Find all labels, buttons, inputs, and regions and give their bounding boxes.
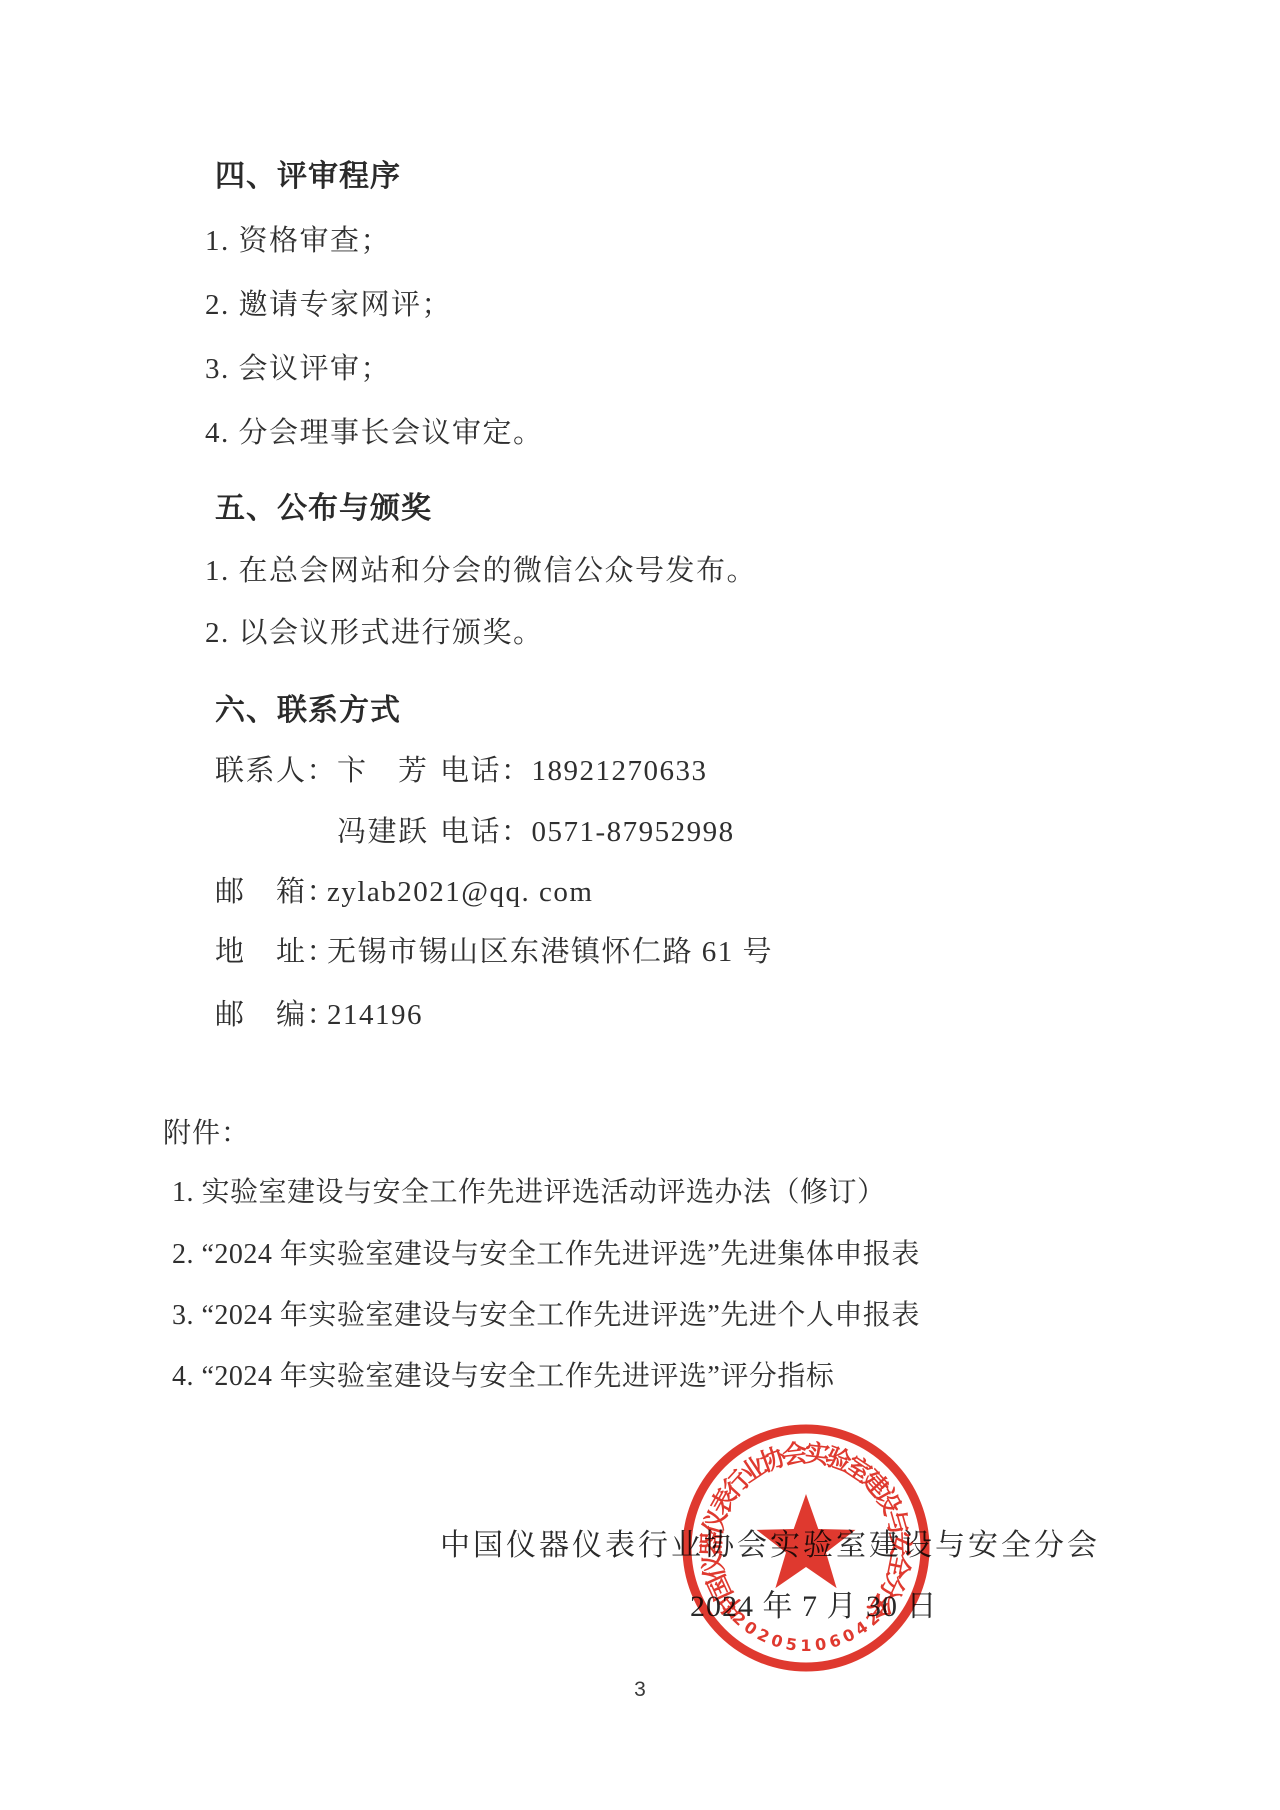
seal-star-icon xyxy=(757,1494,856,1588)
review-item-3: 3. 会议评审； xyxy=(205,350,391,388)
section-contact-heading: 六、联系方式 xyxy=(215,692,401,730)
contact-label xyxy=(215,813,337,851)
svg-text:0: 0 xyxy=(769,1630,785,1651)
announce-item-2: 2. 以会议形式进行颁奖。 xyxy=(205,614,544,652)
contact-person-name: 卞 芳 xyxy=(337,752,440,790)
review-item-2: 2. 邀请专家网评； xyxy=(205,286,452,324)
official-seal: 中国仪器仪表行业协会实验室建设与安全分会3202051060427 xyxy=(676,1418,936,1678)
contact-label: 联系人： xyxy=(215,752,337,790)
review-item-1: 1. 资格审查； xyxy=(205,222,391,260)
svg-text:0: 0 xyxy=(814,1634,828,1654)
page-number: 3 xyxy=(0,1678,1280,1702)
contact-row-address: 地 址： 无锡市锡山区东港镇怀仁路 61 号 xyxy=(215,933,773,971)
contact-email-value: zylab2021@qq. com xyxy=(327,873,593,911)
contact-row-person-1: 联系人： 卞 芳 电话： 18921270633 xyxy=(215,752,708,790)
contact-row-email: 邮 箱： zylab2021@qq. com xyxy=(215,873,593,911)
attachments-heading: 附件： xyxy=(163,1115,250,1153)
contact-label: 邮 箱： xyxy=(215,873,327,911)
attachment-item-3: 3. “2024 年实验室建设与安全工作先进评选”先进个人申报表 xyxy=(172,1297,920,1335)
contact-row-postcode: 邮 编： 214196 xyxy=(215,996,423,1034)
announce-item-1: 1. 在总会网站和分会的微信公众号发布。 xyxy=(205,552,757,590)
document-page: 四、评审程序 1. 资格审查； 2. 邀请专家网评； 3. 会议评审； 4. 分… xyxy=(0,0,1280,1810)
contact-label: 邮 编： xyxy=(215,996,327,1034)
attachment-item-1: 1. 实验室建设与安全工作先进评选活动评选办法（修订） xyxy=(172,1174,886,1212)
contact-postcode-value: 214196 xyxy=(327,996,423,1034)
contact-person-name: 冯建跃 xyxy=(337,813,440,851)
section-announce-heading: 五、公布与颁奖 xyxy=(215,490,432,528)
contact-row-person-2: 冯建跃 电话： 0571-87952998 xyxy=(215,813,735,851)
contact-tel-label: 电话： xyxy=(440,813,532,851)
svg-text:5: 5 xyxy=(784,1634,798,1654)
attachment-item-4: 4. “2024 年实验室建设与安全工作先进评选”评分指标 xyxy=(172,1358,834,1396)
contact-address-value: 无锡市锡山区东港镇怀仁路 61 号 xyxy=(327,933,773,971)
section-review-heading: 四、评审程序 xyxy=(215,158,401,196)
svg-text:1: 1 xyxy=(800,1636,811,1655)
review-item-4: 4. 分会理事长会议审定。 xyxy=(205,414,544,452)
contact-tel-number: 0571-87952998 xyxy=(532,813,735,851)
contact-tel-number: 18921270633 xyxy=(532,752,708,790)
contact-label: 地 址： xyxy=(215,933,327,971)
contact-tel-label: 电话： xyxy=(440,752,532,790)
attachment-item-2: 2. “2024 年实验室建设与安全工作先进评选”先进集体申报表 xyxy=(172,1236,920,1274)
